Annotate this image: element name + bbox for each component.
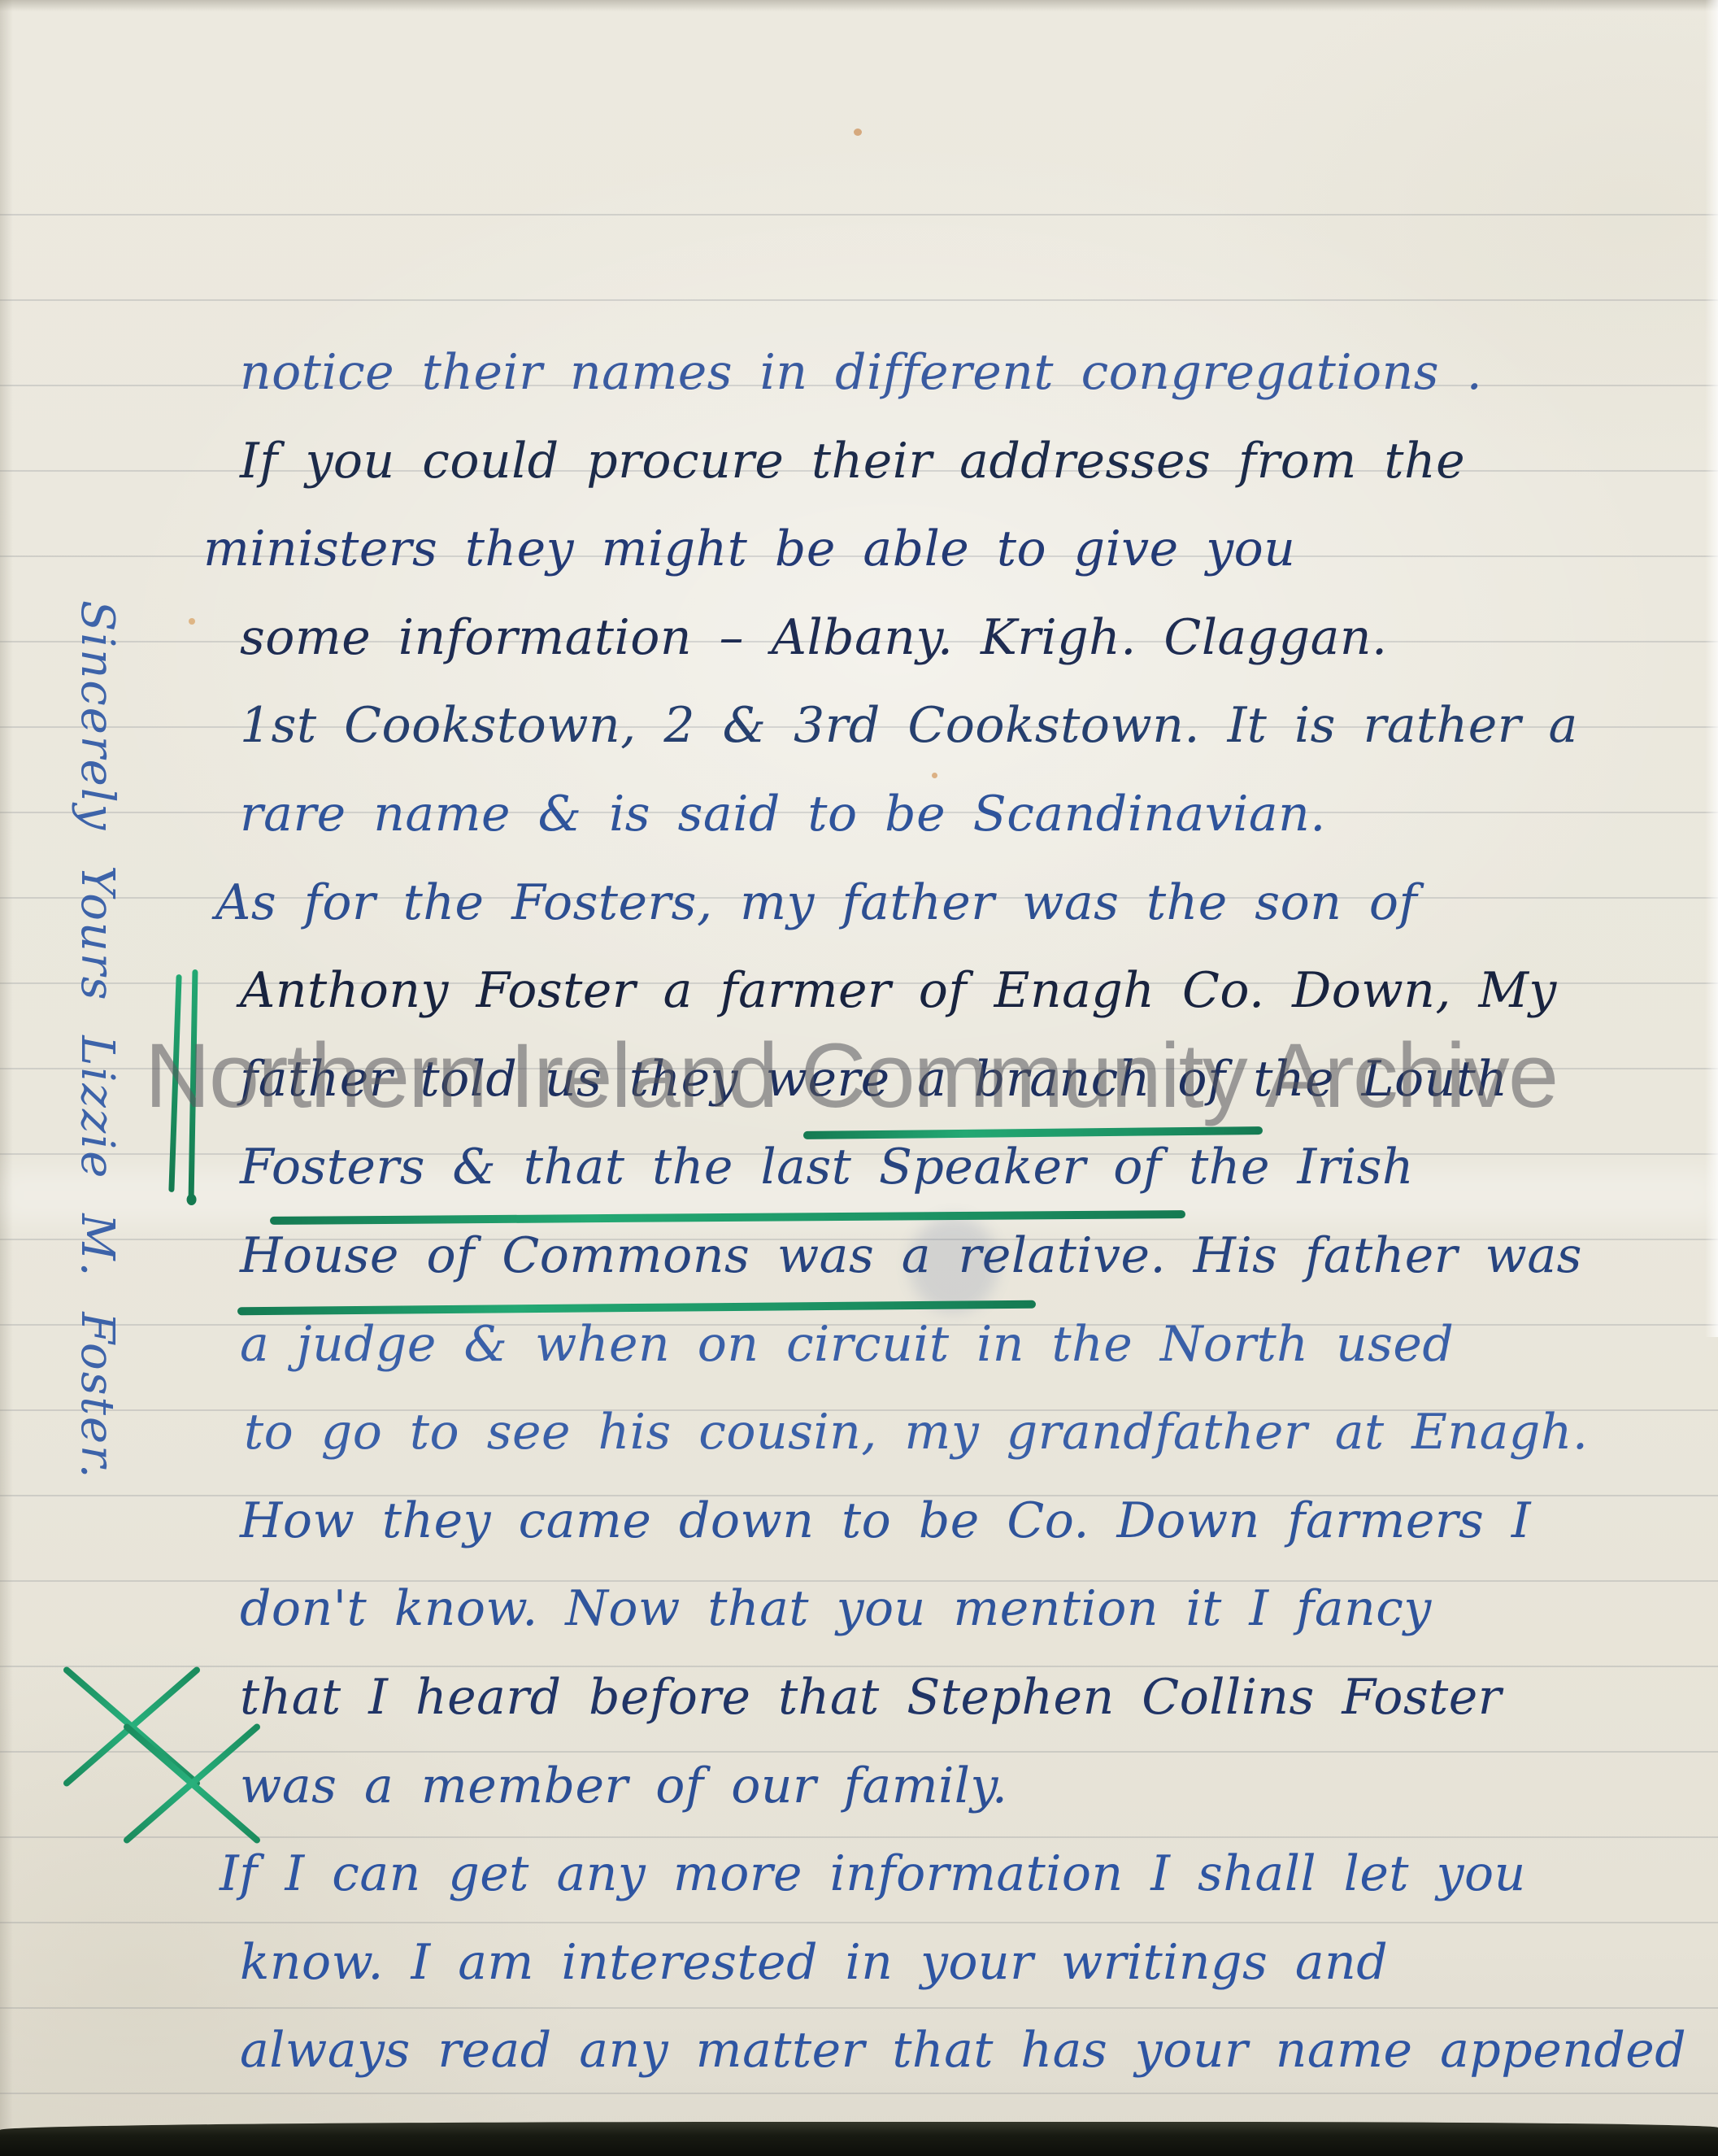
paper-edge-right bbox=[1705, 0, 1718, 1337]
handwriting-line: rare name & is said to be Scandinavian. bbox=[240, 769, 1671, 860]
paper-edge-top bbox=[0, 0, 1718, 11]
paper-edge-left bbox=[0, 0, 13, 2156]
handwriting-line: If I can get any more information I shal… bbox=[220, 1828, 1651, 1919]
paper-stain bbox=[189, 618, 195, 625]
handwriting-line: House of Commons was a relative. His fat… bbox=[240, 1210, 1671, 1301]
handwriting-line: some information – Albany. Krigh. Clagga… bbox=[240, 592, 1671, 683]
handwriting-line: was a member of our family. bbox=[240, 1740, 1671, 1832]
margin-signature: Sincerely Yours Lizzie M. Foster. bbox=[71, 600, 124, 1480]
handwriting-line: a judge & when on circuit in the North u… bbox=[240, 1299, 1671, 1390]
handwriting-line: always read any matter that has your nam… bbox=[240, 2005, 1671, 2096]
archive-watermark: Northern Ireland Community Archive bbox=[145, 1023, 1690, 1128]
handwriting-line: If you could procure their addresses fro… bbox=[240, 416, 1671, 507]
scan-background-edge bbox=[0, 2122, 1718, 2156]
letter-page-scan: notice their names in different congrega… bbox=[0, 0, 1718, 2156]
handwriting-line: ministers they might be able to give you bbox=[203, 503, 1634, 595]
handwriting-line: As for the Fosters, my father was the so… bbox=[215, 857, 1646, 948]
handwriting-line: to go to see his cousin, my grandfather … bbox=[244, 1387, 1675, 1478]
handwriting-line: that I heard before that Stephen Collins… bbox=[240, 1652, 1671, 1743]
paper-stain bbox=[854, 128, 862, 136]
handwriting-line: know. I am interested in your writings a… bbox=[240, 1917, 1671, 2008]
handwriting-line: Fosters & that the last Speaker of the I… bbox=[240, 1122, 1671, 1213]
handwriting-line: don't know. Now that you mention it I fa… bbox=[240, 1563, 1671, 1654]
handwriting-line: notice their names in different congrega… bbox=[240, 327, 1671, 418]
handwriting-line: How they came down to be Co. Down farmer… bbox=[240, 1475, 1671, 1566]
handwriting-line: 1st Cookstown, 2 & 3rd Cookstown. It is … bbox=[240, 680, 1671, 771]
